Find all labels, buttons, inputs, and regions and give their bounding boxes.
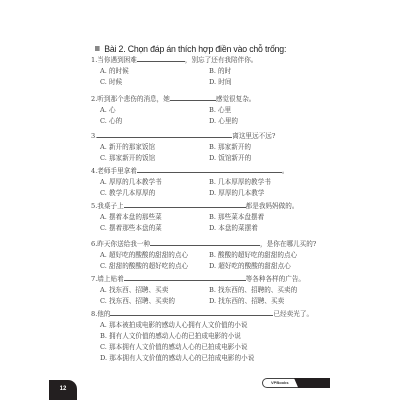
option-b: B. 的时 — [209, 66, 231, 77]
option-c: C. 心的 — [100, 116, 209, 127]
option-c: C. 教学几本厚厚的 — [100, 188, 209, 199]
option-a: A. 那本被拍成电影的感动人心拥有人文价值的小说 — [100, 320, 313, 331]
question-3: 3.离这里远不远? A. 新开的那家饭馆B. 那家新开的 C. 那家新开的饭馆D… — [91, 130, 275, 164]
answer-blank — [137, 165, 282, 173]
answer-blank — [150, 238, 260, 246]
option-c: C. 那家新开的饭馆 — [100, 153, 209, 164]
answer-blank — [124, 200, 246, 208]
option-d: D. 本盘的菜摆着 — [209, 223, 258, 234]
option-a: A. 心 — [100, 105, 209, 116]
option-d: D. 饭馆新开的 — [209, 153, 251, 164]
option-c: C. 摆着那些本盘的菜 — [100, 223, 209, 234]
question-2: 2.听到那个悲伤的消息，她感觉很复杂。 A. 心B. 心里 C. 心的D. 心里… — [91, 93, 255, 127]
answer-blank — [97, 130, 232, 138]
question-6: 6.昨天你送给我一种，是你在哪儿买的? A. 超好吃的酸酸的甜甜的点心B. 酸酸… — [91, 238, 316, 272]
option-d: D. 超好吃的酸酸的甜甜点心 — [209, 261, 291, 272]
option-a: A. 厚厚的几本教学书 — [100, 177, 209, 188]
option-d: D. 那本拥有人文价值的感动人心的已拍成电影的小说 — [100, 353, 313, 364]
option-c: C. 时候 — [100, 77, 209, 88]
answer-blank — [137, 54, 185, 62]
page-number-tab: 12 — [49, 380, 77, 400]
question-7: 7.墙上贴着等各种各样的广告。 A. 找东西、招聘、买卖B. 找东西的、招聘的、… — [91, 273, 305, 307]
option-d: D. 找东西的、招聘、买卖 — [209, 296, 284, 307]
option-c: C. 甜甜的酸酸的超好吃的点心 — [100, 261, 209, 272]
option-b: B. 那家新开的 — [209, 142, 251, 153]
option-b: B. 拥有人文价值的感动人心的已拍成电影的小说 — [100, 331, 313, 342]
square-bullet-icon — [95, 46, 100, 51]
decorative-bar — [294, 378, 330, 388]
option-d: D. 时间 — [209, 77, 231, 88]
option-c: C. 那本拥有人文价值的感动人心的已拍成电影小说 — [100, 342, 313, 353]
option-a: A. 新开的那家饭馆 — [100, 142, 209, 153]
option-a: A. 超好吃的酸酸的甜甜的点心 — [100, 250, 209, 261]
option-b: B. 酸酸的超好吃的甜甜的点心 — [209, 250, 297, 261]
question-1: 1.当你遇到困难，别忘了还有我陪伴你。 A. 的时候B. 的时 C. 时候D. … — [91, 54, 257, 88]
answer-blank — [124, 273, 246, 281]
question-4: 4.老师手里拿着。 A. 厚厚的几本教学书B. 几本厚厚的教学书 C. 教学几本… — [91, 165, 288, 199]
option-b: B. 那些菜本盘摆着 — [209, 212, 264, 223]
option-a: A. 的时候 — [100, 66, 209, 77]
page-number: 12 — [60, 386, 67, 392]
option-c: C. 找东西、招聘、买卖的 — [100, 296, 209, 307]
publisher-badge: VPBooks — [262, 378, 330, 388]
answer-blank — [110, 308, 273, 316]
question-8: 8.他的已经卖光了。 A. 那本被拍成电影的感动人心拥有人文价值的小说 B. 拥… — [91, 308, 313, 364]
option-b: B. 找东西的、招聘的、买卖的 — [209, 285, 297, 296]
option-d: D. 厚厚的几本教学 — [209, 188, 264, 199]
question-5: 5.我桌子上都是我妈妈做的。 A. 摆着本盘的那些菜B. 那些菜本盘摆着 C. … — [91, 200, 298, 234]
option-b: B. 几本厚厚的教学书 — [209, 177, 271, 188]
option-b: B. 心里 — [209, 105, 231, 116]
option-a: A. 摆着本盘的那些菜 — [100, 212, 209, 223]
answer-blank — [170, 93, 216, 101]
option-a: A. 找东西、招聘、买卖 — [100, 285, 209, 296]
option-d: D. 心里的 — [209, 116, 238, 127]
